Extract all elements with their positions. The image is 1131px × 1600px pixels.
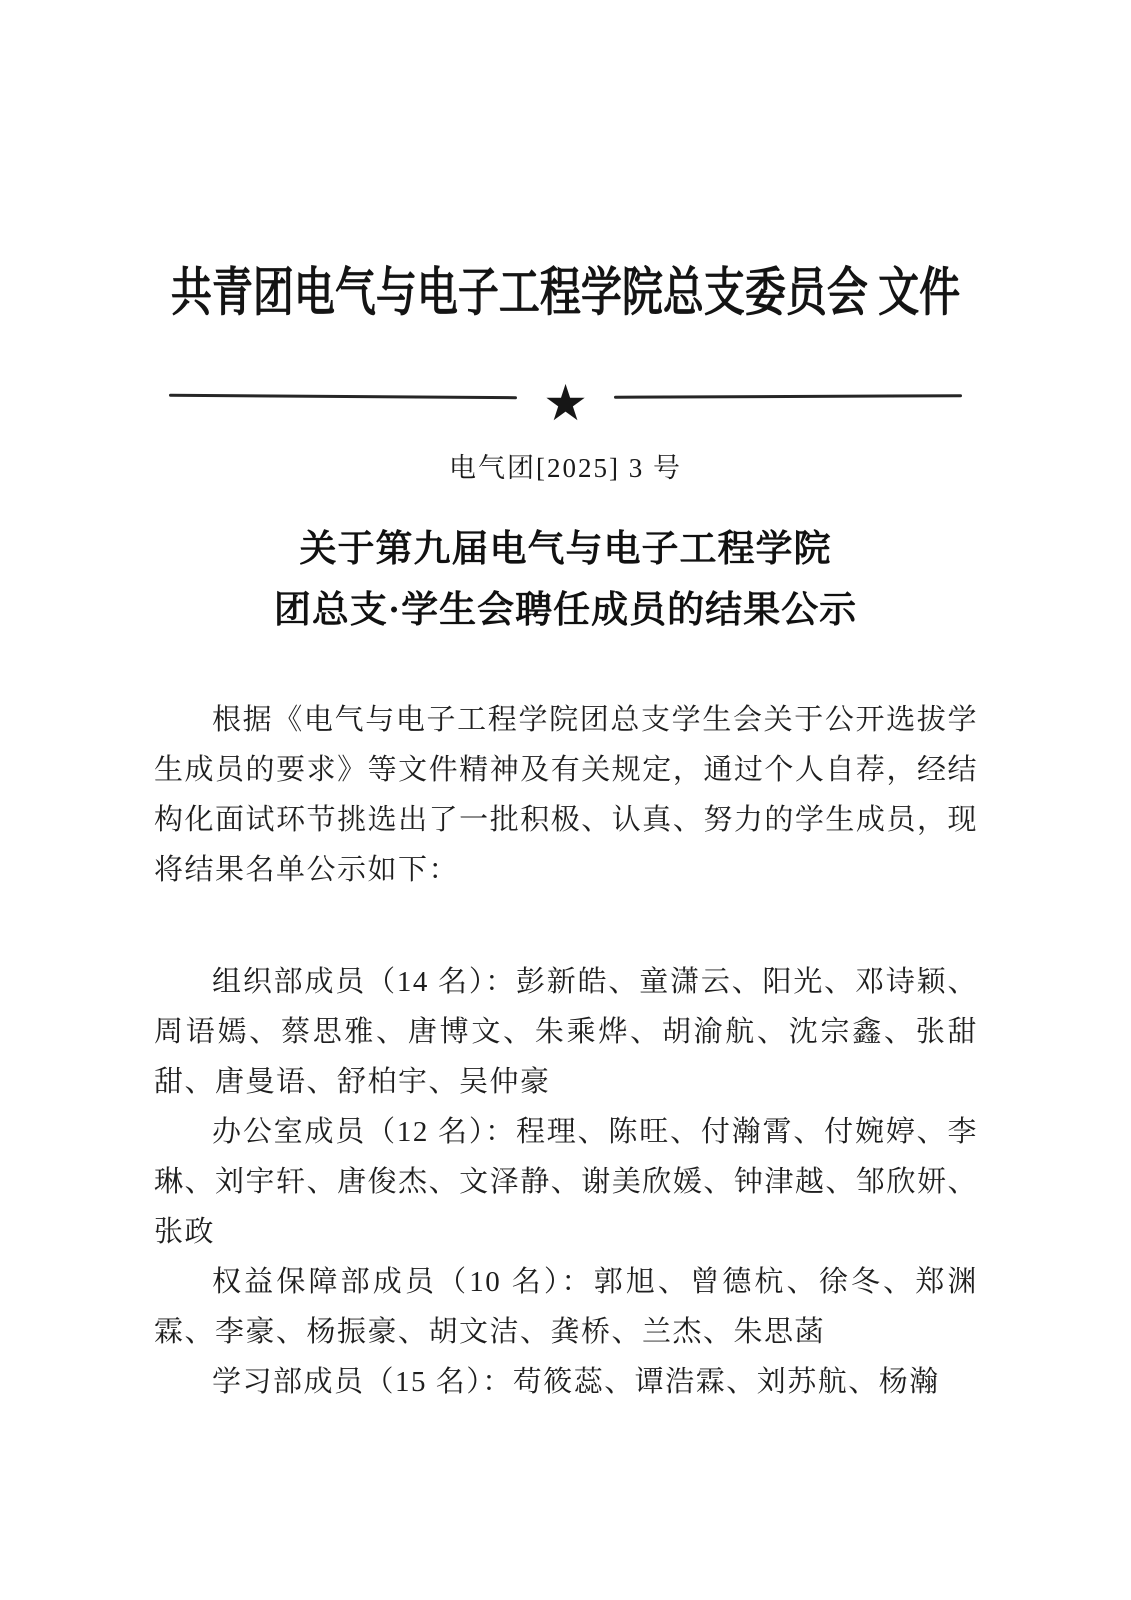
section-label: 组织部成员（14 名）： [212,966,516,998]
document-body: 根据《电气与电子工程学院团总支学生会关于公开选拔学生成员的要求》等文件精神及有关… [154,695,978,1407]
masthead-divider: ★ [0,368,1131,424]
document-title: 关于第九届电气与电子工程学院 团总支·学生会聘任成员的结果公示 [0,519,1131,641]
section-names: 苟筱蕊、谭浩霖、刘苏航、杨瀚 [513,1366,940,1398]
section-paragraph-organization-dept: 组织部成员（14 名）：彭新皓、童潇云、阳光、邓诗颖、周语嫣、蔡思雅、唐博文、朱… [154,957,978,1107]
document-number: 电气团[2025] 3 号 [0,446,1131,485]
section-paragraph-office: 办公室成员（12 名）：程理、陈旺、付瀚霄、付婉婷、李琳、刘宇轩、唐俊杰、文泽静… [154,1107,978,1257]
divider-line-right [614,394,962,399]
section-label: 学习部成员（15 名）： [212,1366,513,1398]
intro-paragraph: 根据《电气与电子工程学院团总支学生会关于公开选拔学生成员的要求》等文件精神及有关… [154,695,978,895]
document-title-line2: 团总支·学生会聘任成员的结果公示 [0,580,1131,641]
scanned-document-page: 共青团电气与电子工程学院总支委员会 文件 ★ 电气团[2025] 3 号 关于第… [0,0,1131,1600]
star-icon: ★ [543,378,588,428]
divider-line-left [169,393,517,398]
document-title-line1: 关于第九届电气与电子工程学院 [0,519,1131,580]
issuing-authority-title: 共青团电气与电子工程学院总支委员会 文件 [0,250,1131,326]
section-label: 权益保障部成员（10 名）： [212,1266,594,1298]
section-label: 办公室成员（12 名）： [212,1116,516,1148]
section-paragraph-rights-protection-dept: 权益保障部成员（10 名）：郭旭、曾德杭、徐冬、郑渊霖、李豪、杨振豪、胡文洁、龚… [154,1257,978,1357]
section-paragraph-study-dept: 学习部成员（15 名）：苟筱蕊、谭浩霖、刘苏航、杨瀚 [154,1357,978,1407]
